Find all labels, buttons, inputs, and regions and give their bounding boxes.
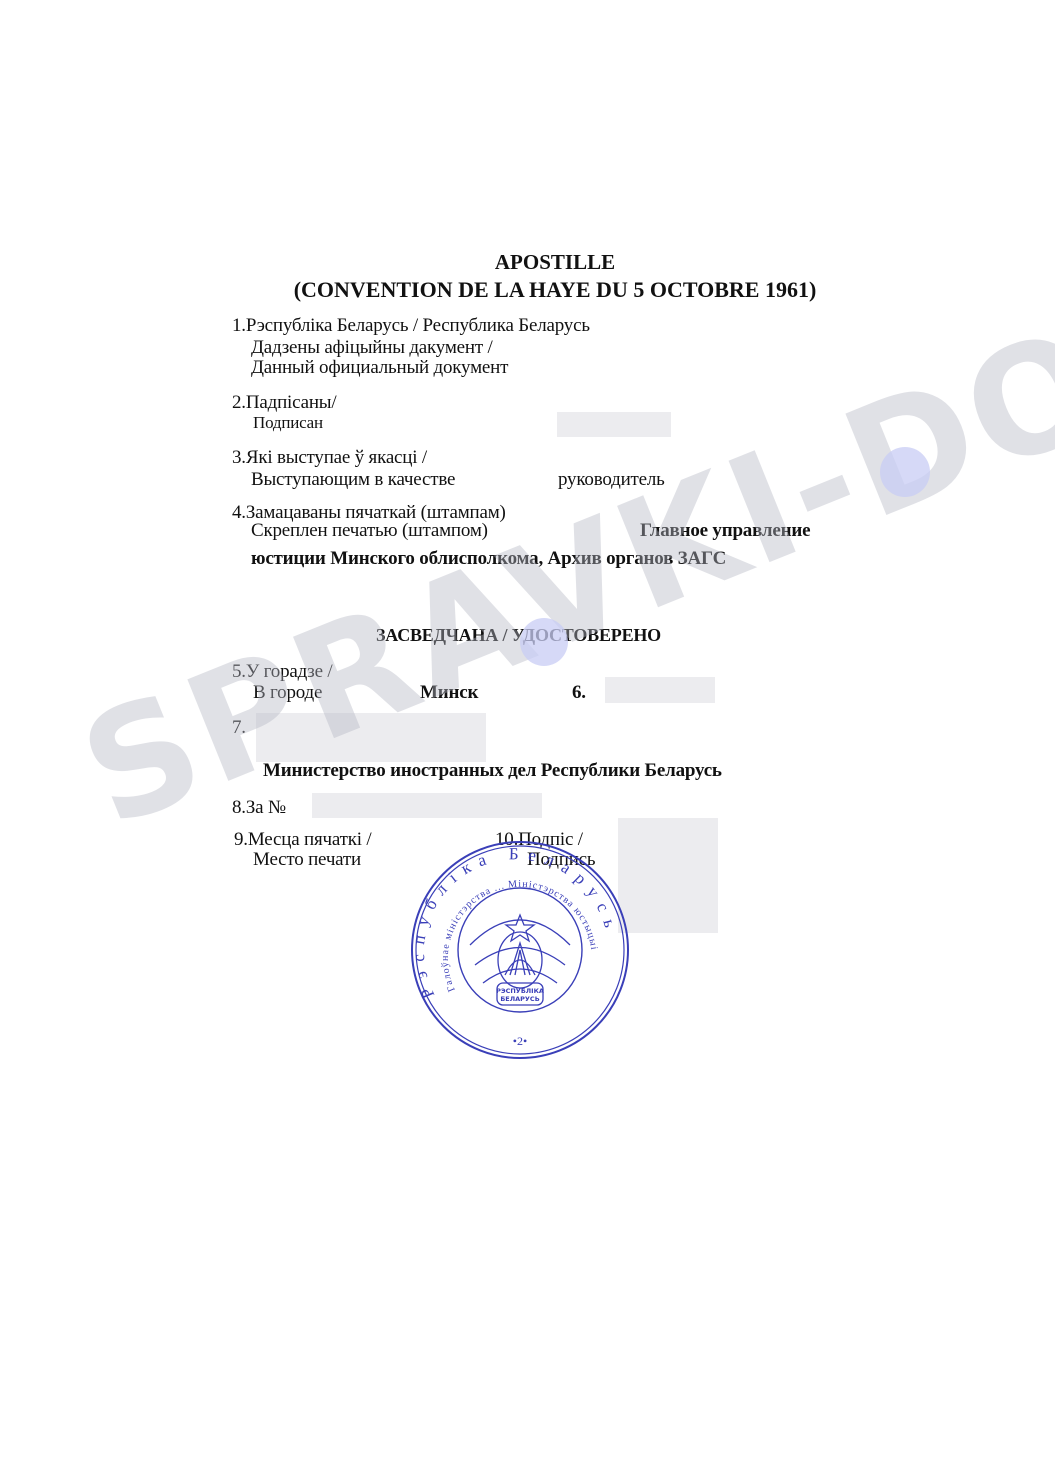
field3-label-ru: Выступающим в качестве: [251, 470, 455, 490]
field2-label-by: 2.Падпісаны/: [232, 393, 336, 413]
field9-label-by: 9.Месца пячаткі /: [234, 830, 371, 850]
field4-label-ru: Скреплен печатью (штампом): [251, 521, 488, 541]
field3-capacity: руководитель: [558, 470, 665, 490]
field5-city: Минск: [420, 683, 478, 703]
field8-label: 8.За №: [232, 798, 286, 818]
field6-label: 6.: [572, 683, 586, 703]
certified-heading: ЗАСВЕДЧАНА / УДОСТОВЕРЕНО: [376, 625, 661, 645]
field7-official-redacted: [256, 713, 486, 762]
watermark: SPRAVKI-DOKI: [0, 0, 1055, 1466]
field8-number-redacted: [312, 793, 542, 818]
field1-doc-ru: Данный официальный документ: [251, 358, 508, 378]
field5-label-by: 5.У горадзе /: [232, 662, 332, 682]
field4-authority-line2: юстиции Минского облисполкома, Архив орг…: [251, 549, 726, 569]
field1-country: 1.Рэспубліка Беларусь / Республика Белар…: [232, 316, 590, 336]
document-subtitle: (CONVENTION DE LA HAYE DU 5 OCTOBRE 1961…: [0, 277, 1055, 303]
field2-label-ru: Подписан: [253, 413, 323, 433]
stamp-emblem-text-1: РЭСПУБЛІКА: [496, 987, 544, 995]
field2-signer-redacted: [557, 412, 671, 437]
field3-label-by: 3.Які выступае ў якасці /: [232, 448, 427, 468]
field1-doc-by: Дадзены афіцыйны дакумент /: [251, 338, 493, 358]
apostille-page: APOSTILLE (CONVENTION DE LA HAYE DU 5 OC…: [0, 0, 1055, 1466]
stamp-emblem-text-2: БЕЛАРУСЬ: [500, 995, 539, 1003]
field4-authority-line1: Главное управление: [640, 521, 810, 541]
stamp-number: •2•: [513, 1034, 527, 1048]
document-title: APOSTILLE: [0, 250, 1055, 275]
field5-label-ru: В городе: [253, 683, 322, 703]
field9-label-ru: Место печати: [253, 850, 361, 870]
watermark-dot-2: [880, 447, 930, 497]
field6-date-redacted: [605, 677, 715, 703]
field7-label: 7.: [232, 718, 246, 738]
official-seal-stamp: Рэспубліка Беларусь Галоўнае міністэрств…: [405, 825, 635, 1065]
field7-authority: Министерство иностранных дел Республики …: [263, 761, 722, 781]
